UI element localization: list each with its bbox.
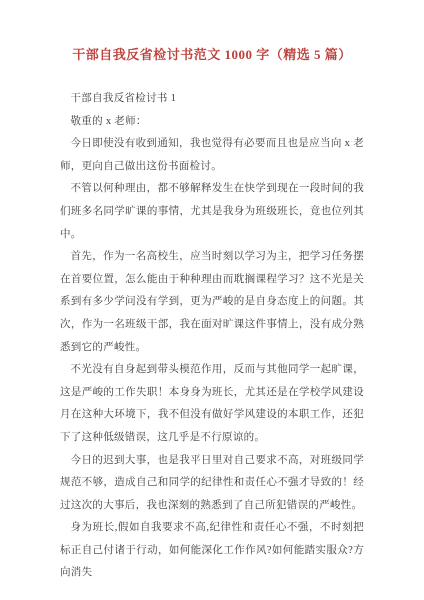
salutation-line: 敬重的 x 老师： xyxy=(60,111,364,134)
paragraph: 不光没有自身起到带头模范作用，反而与其他同学一起旷课，这是严峻的工作失职！本身身… xyxy=(60,359,364,449)
document-body: 干部自我反省检讨书 1 敬重的 x 老师： 今日即使没有收到通知，我也觉得有必要… xyxy=(60,88,364,585)
paragraph: 今日的迟到大事，也是我平日里对自己要求不高，对班级同学规范不够，造成自己和同学的… xyxy=(60,450,364,518)
document-title: 干部自我反省检讨书范文 1000 字（精选 5 篇） xyxy=(60,45,364,65)
paragraph: 首先，作为一名高校生，应当时刻以学习为主，把学习任务摆在首要位置，怎么能由于种种… xyxy=(60,246,364,359)
paragraph: 身为班长,假如自我要求不高,纪律性和责任心不强，不时刻把标正自己付诸于行动，如何… xyxy=(60,517,364,585)
paragraph: 今日即使没有收到通知，我也觉得有必要而且也是应当向 x 老师，更向自己做出这份书… xyxy=(60,133,364,178)
paragraph: 不管以何种理由，都不够解释发生在快学到现在一段时间的我们班多名同学旷课的事情，尤… xyxy=(60,178,364,246)
document-page: 干部自我反省检讨书范文 1000 字（精选 5 篇） 干部自我反省检讨书 1 敬… xyxy=(0,0,424,600)
section-heading: 干部自我反省检讨书 1 xyxy=(60,88,364,111)
